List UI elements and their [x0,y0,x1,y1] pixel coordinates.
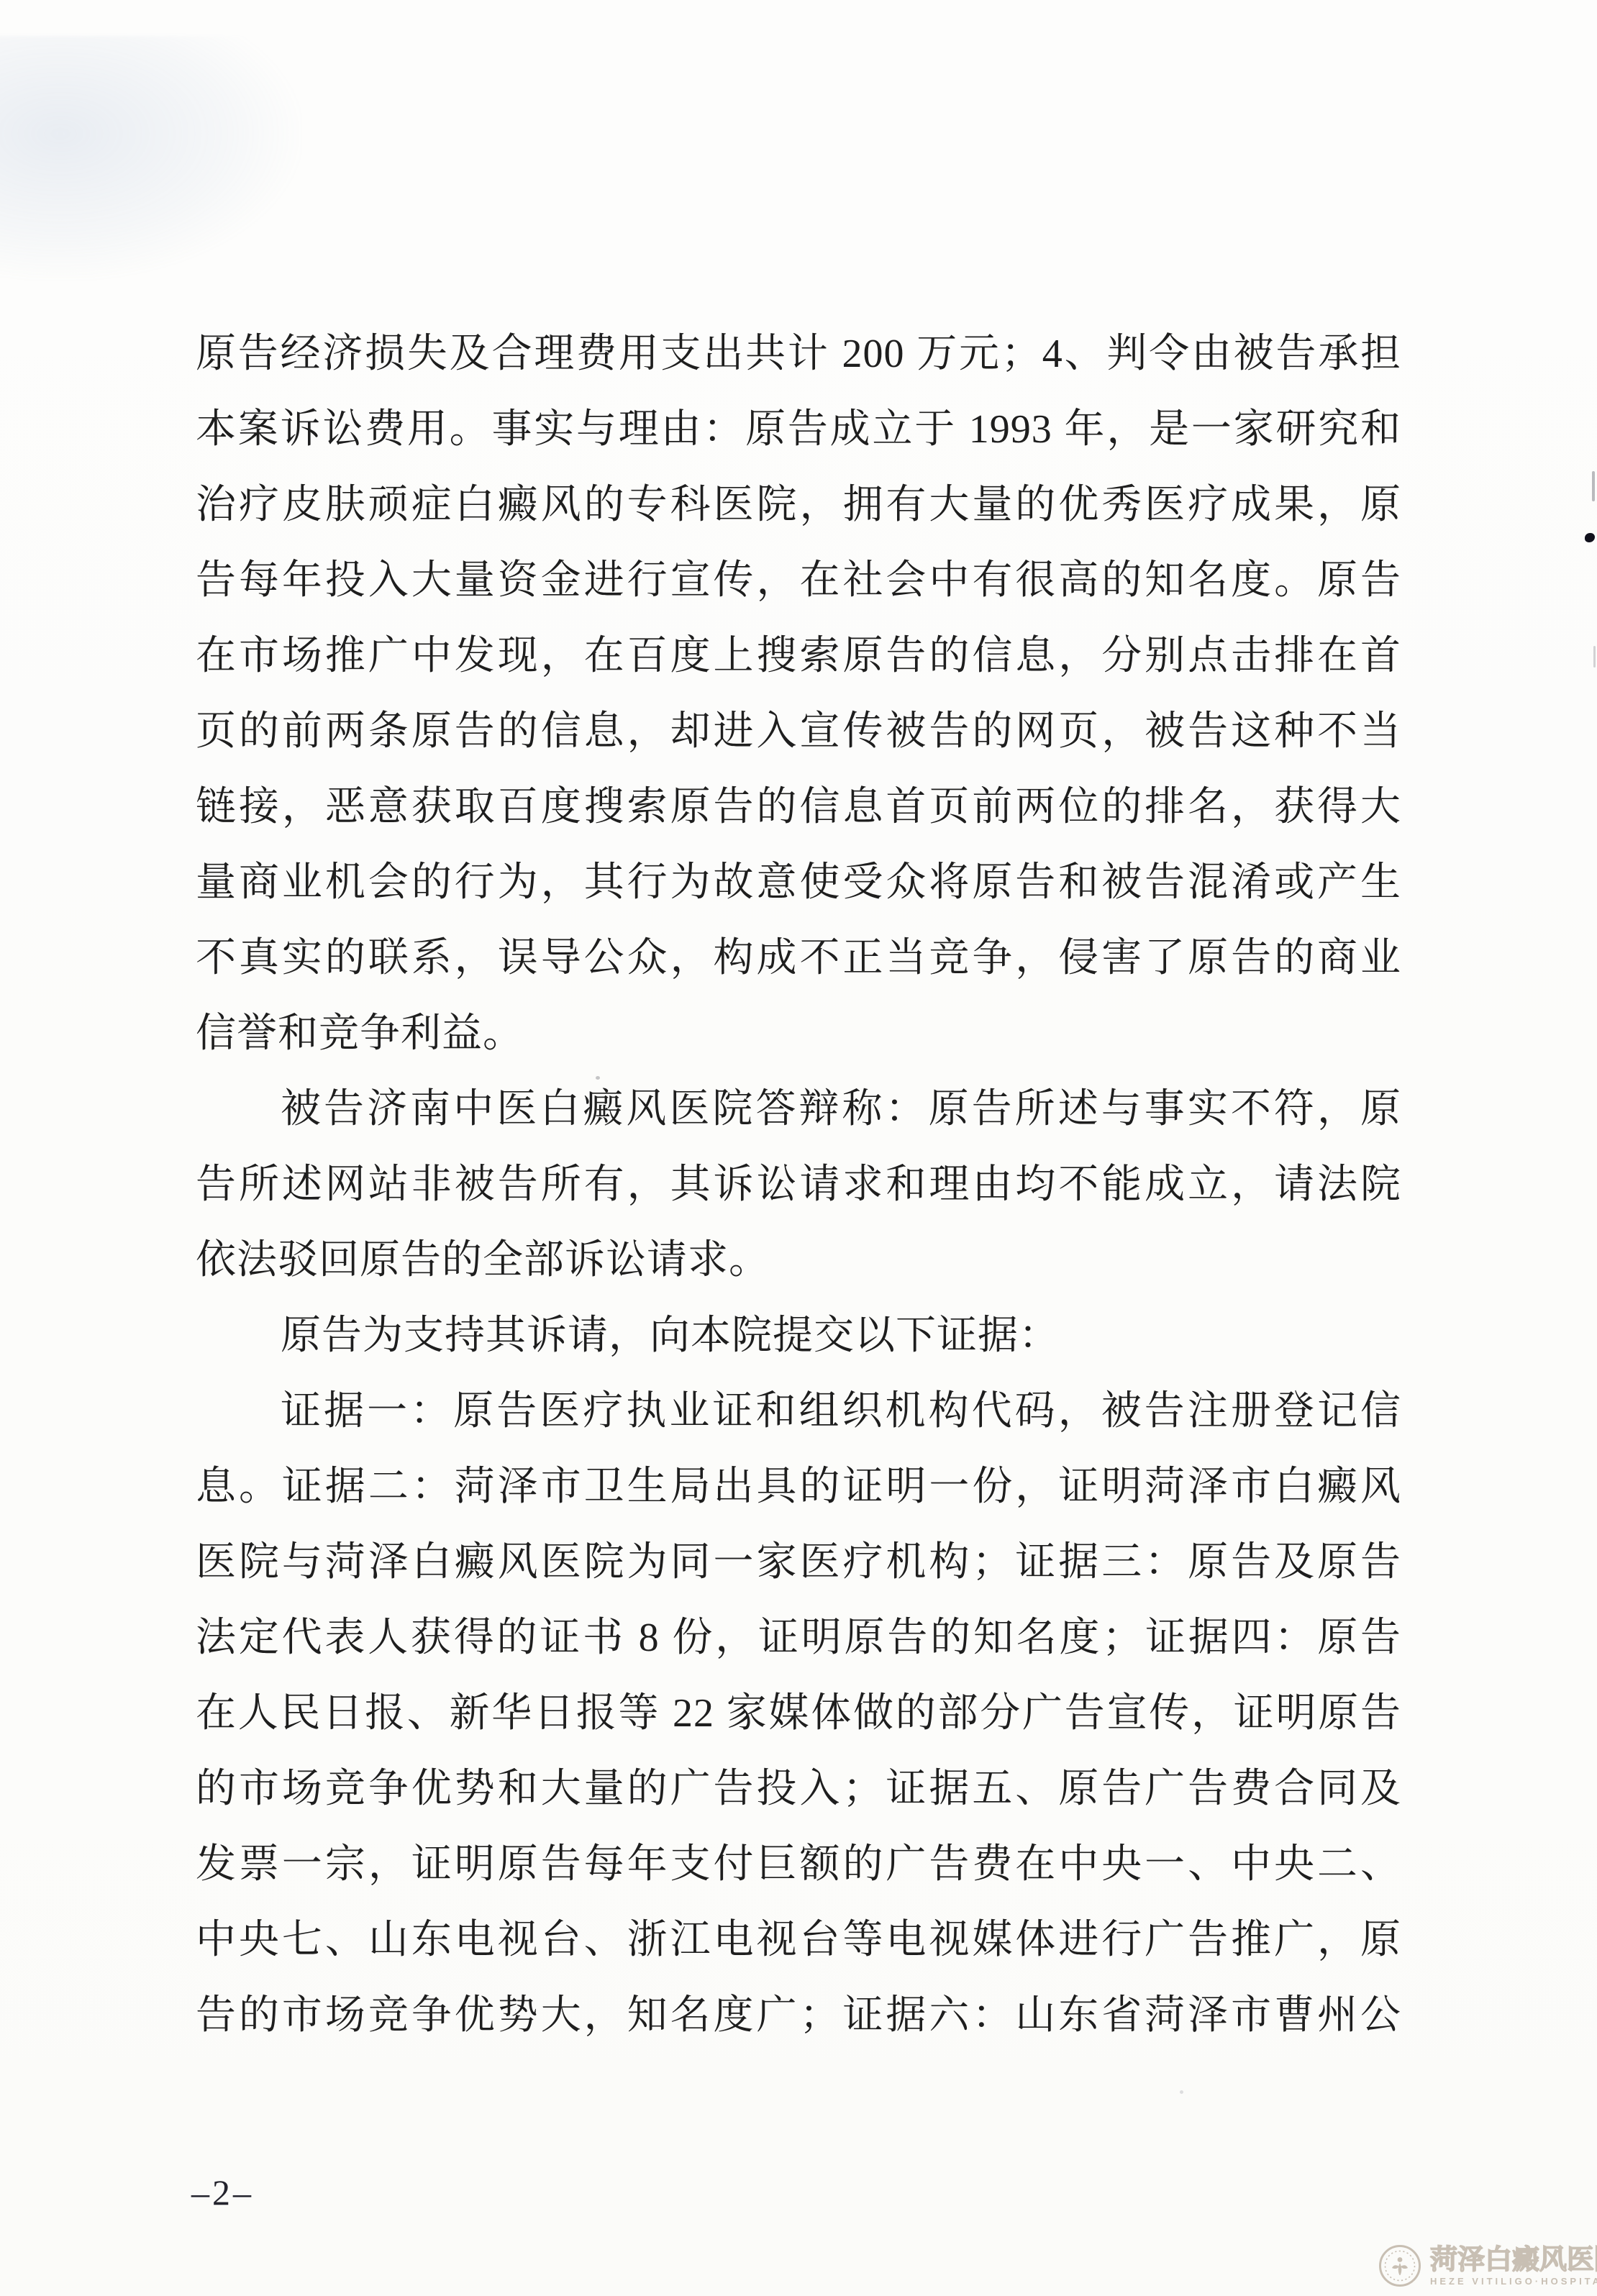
text-line: 页的前两条原告的信息，却进入宣传被告的网页，被告这种不当 [196,694,1401,770]
text-line: 在人民日报、新华日报等 22 家媒体做的部分广告宣传，证明原告 [196,1676,1401,1751]
text-line: 原告经济损失及合理费用支出共计 200 万元；4、判令由被告承担 [196,316,1401,392]
text-line: 链接，恶意获取百度搜索原告的信息首页前两位的排名，获得大 [196,770,1401,845]
scan-edge-mark [1593,646,1596,668]
document-body: 原告经济损失及合理费用支出共计 200 万元；4、判令由被告承担本案诉讼费用。事… [196,316,1401,2054]
watermark-text-group: 菏泽白癜风医院 HEZE VITILIGO·HOSPITAL [1430,2246,1597,2287]
text-line: 的市场竞争优势和大量的广告投入；证据五、原告广告费合同及 [196,1751,1401,1827]
text-line: 不真实的联系，误导公众，构成不正当竞争，侵害了原告的商业 [196,921,1401,996]
text-line: 本案诉讼费用。事实与理由：原告成立于 1993 年，是一家研究和 [196,392,1401,468]
text-line: 在市场推广中发现，在百度上搜索原告的信息，分别点击排在首 [196,619,1401,694]
text-line: 被告济南中医白癜风医院答辩称：原告所述与事实不符，原 [196,1072,1401,1147]
text-line: 中央七、山东电视台、浙江电视台等电视媒体进行广告推广，原 [196,1903,1401,1978]
text-line: 信誉和竞争利益。 [196,996,1401,1072]
scan-edge-mark [1592,471,1595,501]
text-line: 量商业机会的行为，其行为故意使受众将原告和被告混淆或产生 [196,845,1401,921]
scan-ink-dot [1585,533,1595,542]
text-line: 发票一宗，证明原告每年支付巨额的广告费在中央一、中央二、 [196,1827,1401,1903]
scan-smudge-artifact [0,36,302,281]
text-line: 息。证据二：菏泽市卫生局出具的证明一份，证明菏泽市白癜风 [196,1449,1401,1525]
text-line: 原告为支持其诉请，向本院提交以下证据： [196,1298,1401,1374]
document-page: 原告经济损失及合理费用支出共计 200 万元；4、判令由被告承担本案诉讼费用。事… [0,0,1597,2296]
hospital-seal-icon [1378,2244,1421,2287]
watermark-cn-text: 菏泽白癜风医院 [1430,2246,1597,2274]
text-line: 治疗皮肤顽症白癜风的专科医院，拥有大量的优秀医疗成果，原 [196,468,1401,543]
page-number: –2– [191,2171,254,2214]
hospital-watermark: 菏泽白癜风医院 HEZE VITILIGO·HOSPITAL [1378,2244,1597,2287]
text-line: 依法驳回原告的全部诉讼请求。 [196,1223,1401,1298]
text-line: 告所述网站非被告所有，其诉讼请求和理由均不能成立，请法院 [196,1147,1401,1223]
text-line: 证据一：原告医疗执业证和组织机构代码，被告注册登记信 [196,1374,1401,1449]
watermark-en-text: HEZE VITILIGO·HOSPITAL [1430,2277,1597,2287]
text-line: 告的市场竞争优势大，知名度广；证据六：山东省菏泽市曹州公 [196,1978,1401,2054]
scan-speck [1180,2090,1183,2094]
text-line: 法定代表人获得的证书 8 份，证明原告的知名度；证据四：原告 [196,1600,1401,1676]
text-line: 告每年投入大量资金进行宣传，在社会中有很高的知名度。原告 [196,543,1401,619]
text-line: 医院与菏泽白癜风医院为同一家医疗机构；证据三：原告及原告 [196,1525,1401,1600]
